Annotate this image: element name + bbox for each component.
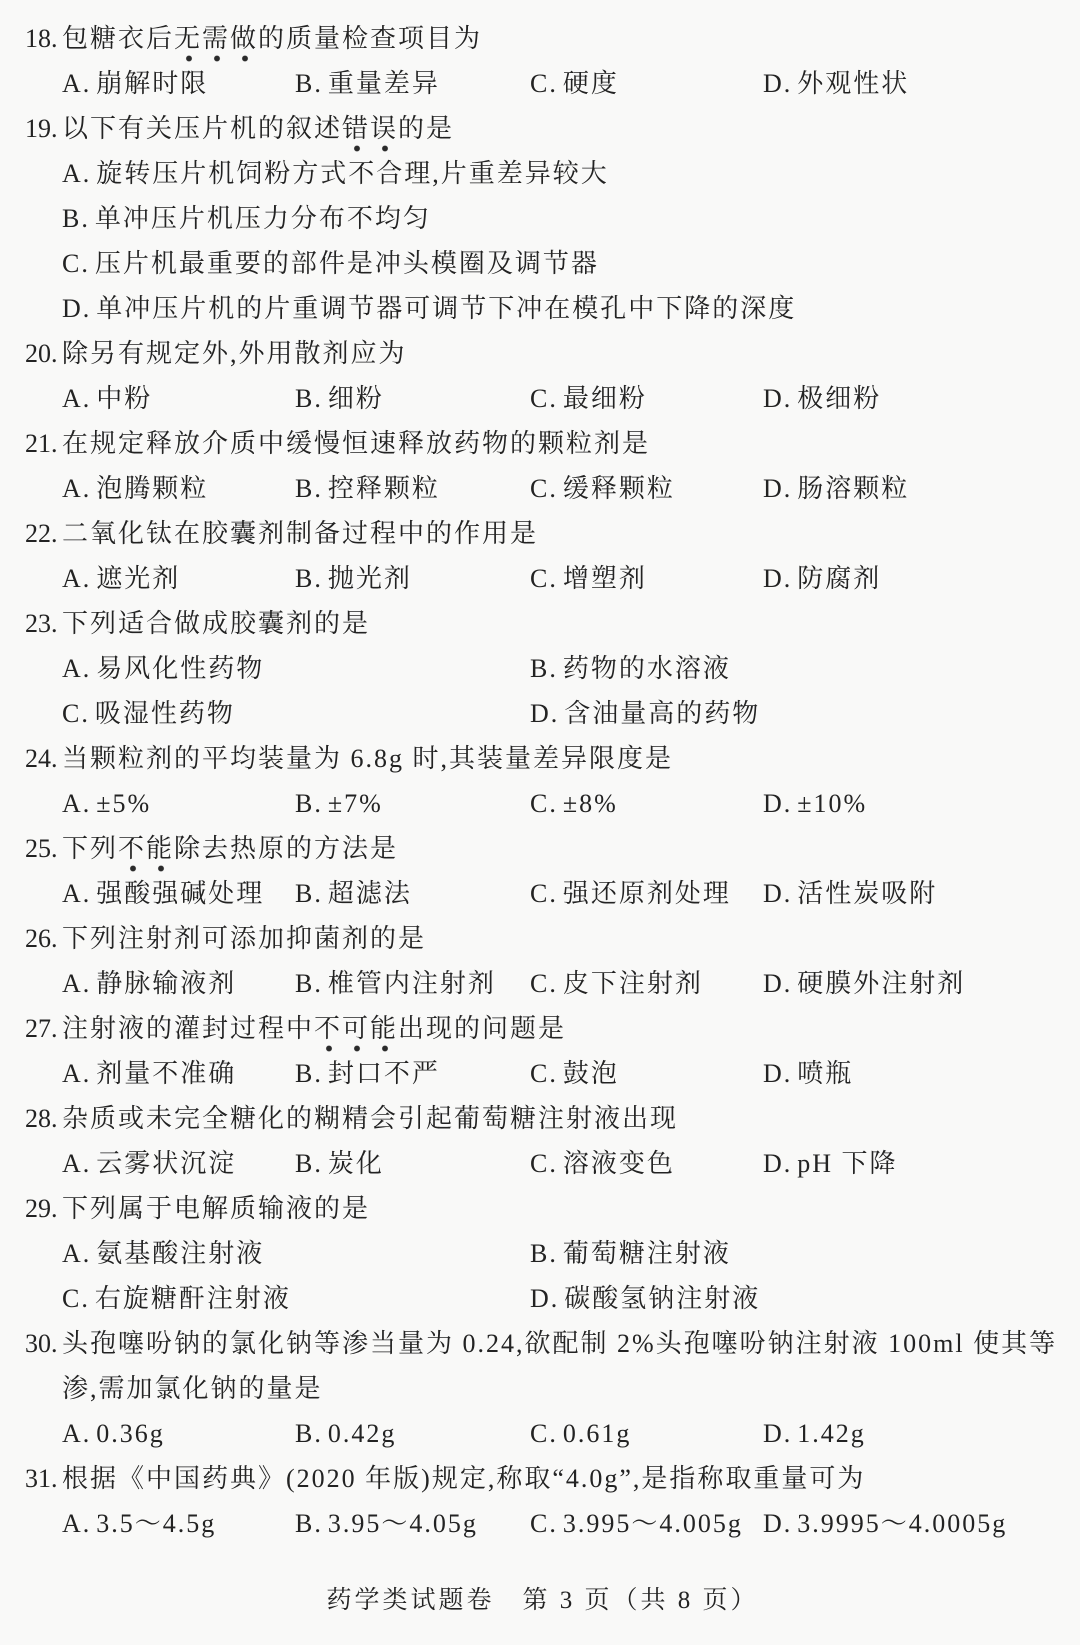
stem-segment: 下列属于电解质输液的是: [62, 1194, 370, 1223]
stem-segment: 在规定释放介质中缓慢恒速释放药物的颗粒剂是: [62, 429, 650, 458]
option-text: 控释颗粒: [328, 474, 440, 503]
option-text: ±7%: [328, 789, 383, 818]
option-B: B.0.42g: [295, 1411, 530, 1456]
option-D: D.肠溶颗粒: [763, 466, 1060, 511]
question-stem: 下列属于电解质输液的是: [62, 1186, 1060, 1231]
option-letter: B.: [295, 474, 323, 503]
option-B: B.椎管内注射剂: [295, 961, 530, 1006]
options: A.易风化性药物B.药物的水溶液C.吸湿性药物D.含油量高的药物: [25, 646, 1060, 736]
option-A: A.中粉: [62, 376, 295, 421]
footer-text: 药学类试题卷 第 3 页（共 8 页）: [326, 1587, 758, 1614]
stem-segment: 出现的问题是: [398, 1014, 566, 1043]
option-letter: A.: [62, 69, 91, 98]
question-number: 25.: [25, 826, 62, 871]
question-list: 18.包糖衣后无需做的质量检查项目为A.崩解时限B.重量差异C.硬度D.外观性状…: [25, 16, 1060, 1578]
stem-segment: 包糖衣后: [62, 24, 174, 53]
question-stem-row: 24.当颗粒剂的平均装量为 6.8g 时,其装量差异限度是: [25, 736, 1060, 781]
question-stem: 下列注射剂可添加抑菌剂的是: [62, 916, 1060, 961]
option-letter: C.: [530, 1509, 558, 1538]
question-stem-row: 29.下列属于电解质输液的是: [25, 1186, 1060, 1231]
option-letter: B.: [295, 564, 323, 593]
option-A: A.静脉输液剂: [62, 961, 295, 1006]
option-letter: A.: [62, 1509, 91, 1538]
option-text: 1.42g: [797, 1419, 866, 1448]
option-text: 3.5～4.5g: [96, 1509, 216, 1538]
option-C: C.0.61g: [530, 1411, 763, 1456]
option-D: D.碳酸氢钠注射液: [530, 1276, 1060, 1321]
option-text: 强还原剂处理: [563, 879, 731, 908]
option-letter: D.: [763, 384, 792, 413]
option-B: B.控释颗粒: [295, 466, 530, 511]
stem-segment: 根据《中国药典》(2020 年版)规定,称取“4.0g”,是指称取重量可为: [62, 1464, 865, 1493]
question-22: 22.二氧化钛在胶囊剂制备过程中的作用是A.遮光剂B.抛光剂C.增塑剂D.防腐剂: [25, 511, 1060, 601]
option-B: B.葡萄糖注射液: [530, 1231, 1060, 1276]
option-D: D.外观性状: [763, 61, 1060, 106]
option-text: 硬膜外注射剂: [797, 969, 965, 998]
option-A: A.旋转压片机饲粉方式不合理,片重差异较大: [62, 151, 1060, 196]
stem-segment: 当颗粒剂的平均装量为 6.8g 时,其装量差异限度是: [62, 744, 673, 773]
option-A: A.遮光剂: [62, 556, 295, 601]
option-letter: B.: [295, 1419, 323, 1448]
stem-segment: 杂质或未完全糖化的糊精会引起葡萄糖注射液出现: [62, 1104, 678, 1133]
option-text: 泡腾颗粒: [96, 474, 208, 503]
question-stem-row: 27.注射液的灌封过程中不可能出现的问题是: [25, 1006, 1060, 1051]
option-D: D.含油量高的药物: [530, 691, 1060, 736]
stem-segment: 下列注射剂可添加抑菌剂的是: [62, 924, 426, 953]
question-number: 22.: [25, 511, 62, 556]
option-C: C.最细粉: [530, 376, 763, 421]
option-D: D.活性炭吸附: [763, 871, 1060, 916]
option-C: C.皮下注射剂: [530, 961, 763, 1006]
option-text: ±10%: [797, 789, 867, 818]
option-letter: B.: [295, 969, 323, 998]
option-letter: D.: [763, 564, 792, 593]
option-letter: C.: [530, 789, 558, 818]
question-stem: 头孢噻吩钠的氯化钠等渗当量为 0.24,欲配制 2%头孢噻吩钠注射液 100ml…: [62, 1321, 1060, 1411]
option-A: A.0.36g: [62, 1411, 295, 1456]
question-stem-row: 25.下列不能除去热原的方法是: [25, 826, 1060, 871]
option-D: D.防腐剂: [763, 556, 1060, 601]
question-stem-row: 28.杂质或未完全糖化的糊精会引起葡萄糖注射液出现: [25, 1096, 1060, 1141]
option-text: 增塑剂: [563, 564, 647, 593]
option-text: 椎管内注射剂: [328, 969, 496, 998]
option-letter: D.: [763, 1149, 792, 1178]
option-text: 封口不严: [328, 1059, 440, 1088]
option-text: 硬度: [563, 69, 619, 98]
question-stem: 以下有关压片机的叙述错误的是: [62, 106, 1060, 151]
question-stem: 除另有规定外,外用散剂应为: [62, 331, 1060, 376]
question-number: 29.: [25, 1186, 62, 1231]
question-number: 30.: [25, 1321, 62, 1411]
option-letter: C.: [530, 474, 558, 503]
option-letter: D.: [763, 789, 792, 818]
option-B: B.重量差异: [295, 61, 530, 106]
stem-segment: 的质量检查项目为: [258, 24, 482, 53]
option-letter: D.: [763, 969, 792, 998]
question-stem: 根据《中国药典》(2020 年版)规定,称取“4.0g”,是指称取重量可为: [62, 1456, 1060, 1501]
stem-segment: 除另有规定外,外用散剂应为: [62, 339, 407, 368]
option-letter: D.: [763, 1509, 792, 1538]
question-stem-row: 30.头孢噻吩钠的氯化钠等渗当量为 0.24,欲配制 2%头孢噻吩钠注射液 10…: [25, 1321, 1060, 1411]
option-text: 鼓泡: [563, 1059, 619, 1088]
option-letter: D.: [763, 1419, 792, 1448]
option-text: 强酸强碱处理: [96, 879, 264, 908]
emphasized-text: 不可能: [314, 1014, 398, 1053]
option-C: C.吸湿性药物: [62, 691, 530, 736]
option-text: 旋转压片机饲粉方式不合理,片重差异较大: [96, 159, 609, 188]
option-letter: C.: [530, 1419, 558, 1448]
question-number: 19.: [25, 106, 62, 151]
option-letter: A.: [62, 654, 91, 683]
question-number: 21.: [25, 421, 62, 466]
question-stem: 在规定释放介质中缓慢恒速释放药物的颗粒剂是: [62, 421, 1060, 466]
option-B: B.炭化: [295, 1141, 530, 1186]
option-letter: D.: [763, 879, 792, 908]
question-23: 23.下列适合做成胶囊剂的是A.易风化性药物B.药物的水溶液C.吸湿性药物D.含…: [25, 601, 1060, 736]
option-text: 3.995～4.005g: [563, 1509, 743, 1538]
question-stem: 注射液的灌封过程中不可能出现的问题是: [62, 1006, 1060, 1051]
question-number: 18.: [25, 16, 62, 61]
options: A.崩解时限B.重量差异C.硬度D.外观性状: [25, 61, 1060, 106]
question-stem-row: 26.下列注射剂可添加抑菌剂的是: [25, 916, 1060, 961]
option-text: 防腐剂: [797, 564, 881, 593]
option-letter: D.: [530, 699, 559, 728]
stem-segment: 除去热原的方法是: [174, 834, 398, 863]
option-A: A.氨基酸注射液: [62, 1231, 530, 1276]
option-text: 葡萄糖注射液: [563, 1239, 731, 1268]
option-letter: C.: [530, 969, 558, 998]
option-text: 溶液变色: [563, 1149, 675, 1178]
question-25: 25.下列不能除去热原的方法是A.强酸强碱处理B.超滤法C.强还原剂处理D.活性…: [25, 826, 1060, 916]
option-B: B.单冲压片机压力分布不均匀: [62, 196, 1060, 241]
option-C: C.鼓泡: [530, 1051, 763, 1096]
question-stem-row: 20.除另有规定外,外用散剂应为: [25, 331, 1060, 376]
option-letter: B.: [295, 1059, 323, 1088]
option-C: C.±8%: [530, 781, 763, 826]
option-letter: D.: [62, 294, 91, 323]
question-number: 27.: [25, 1006, 62, 1051]
option-A: A.易风化性药物: [62, 646, 530, 691]
question-30: 30.头孢噻吩钠的氯化钠等渗当量为 0.24,欲配制 2%头孢噻吩钠注射液 10…: [25, 1321, 1060, 1456]
emphasized-text: 无需做: [174, 24, 258, 63]
question-stem-row: 21.在规定释放介质中缓慢恒速释放药物的颗粒剂是: [25, 421, 1060, 466]
option-text: 碳酸氢钠注射液: [564, 1284, 760, 1313]
question-stem: 当颗粒剂的平均装量为 6.8g 时,其装量差异限度是: [62, 736, 1060, 781]
question-26: 26.下列注射剂可添加抑菌剂的是A.静脉输液剂B.椎管内注射剂C.皮下注射剂D.…: [25, 916, 1060, 1006]
option-text: 3.95～4.05g: [328, 1509, 478, 1538]
option-C: C.右旋糖酐注射液: [62, 1276, 530, 1321]
option-letter: B.: [530, 1239, 558, 1268]
option-text: 右旋糖酐注射液: [95, 1284, 291, 1313]
option-letter: A.: [62, 159, 91, 188]
option-text: 含油量高的药物: [564, 699, 760, 728]
option-C: C.溶液变色: [530, 1141, 763, 1186]
options: A.旋转压片机饲粉方式不合理,片重差异较大B.单冲压片机压力分布不均匀C.压片机…: [25, 151, 1060, 331]
option-letter: A.: [62, 879, 91, 908]
question-stem: 杂质或未完全糖化的糊精会引起葡萄糖注射液出现: [62, 1096, 1060, 1141]
question-stem-row: 31.根据《中国药典》(2020 年版)规定,称取“4.0g”,是指称取重量可为: [25, 1456, 1060, 1501]
question-stem: 下列不能除去热原的方法是: [62, 826, 1060, 871]
exam-paper-page: 18.包糖衣后无需做的质量检查项目为A.崩解时限B.重量差异C.硬度D.外观性状…: [0, 0, 1080, 1645]
option-A: A.崩解时限: [62, 61, 295, 106]
option-B: B.超滤法: [295, 871, 530, 916]
option-letter: D.: [763, 474, 792, 503]
option-text: 3.9995～4.0005g: [797, 1509, 1007, 1538]
option-letter: B.: [62, 204, 90, 233]
option-letter: A.: [62, 969, 91, 998]
question-20: 20.除另有规定外,外用散剂应为A.中粉B.细粉C.最细粉D.极细粉: [25, 331, 1060, 421]
question-stem: 包糖衣后无需做的质量检查项目为: [62, 16, 1060, 61]
options: A.强酸强碱处理B.超滤法C.强还原剂处理D.活性炭吸附: [25, 871, 1060, 916]
option-letter: C.: [530, 384, 558, 413]
option-letter: C.: [530, 1059, 558, 1088]
option-text: 0.36g: [96, 1419, 165, 1448]
question-number: 23.: [25, 601, 62, 646]
option-text: 缓释颗粒: [563, 474, 675, 503]
option-letter: A.: [62, 474, 91, 503]
question-18: 18.包糖衣后无需做的质量检查项目为A.崩解时限B.重量差异C.硬度D.外观性状: [25, 16, 1060, 106]
stem-segment: 的是: [398, 114, 454, 143]
question-number: 20.: [25, 331, 62, 376]
option-letter: D.: [763, 1059, 792, 1088]
question-19: 19.以下有关压片机的叙述错误的是A.旋转压片机饲粉方式不合理,片重差异较大B.…: [25, 106, 1060, 331]
option-C: C.硬度: [530, 61, 763, 106]
stem-segment: 二氧化钛在胶囊剂制备过程中的作用是: [62, 519, 538, 548]
question-stem: 下列适合做成胶囊剂的是: [62, 601, 1060, 646]
option-text: 压片机最重要的部件是冲头模圈及调节器: [95, 249, 599, 278]
option-B: B.封口不严: [295, 1051, 530, 1096]
question-21: 21.在规定释放介质中缓慢恒速释放药物的颗粒剂是A.泡腾颗粒B.控释颗粒C.缓释…: [25, 421, 1060, 511]
option-letter: A.: [62, 384, 91, 413]
option-text: 极细粉: [797, 384, 881, 413]
question-stem-row: 18.包糖衣后无需做的质量检查项目为: [25, 16, 1060, 61]
stem-segment: 头孢噻吩钠的氯化钠等渗当量为 0.24,欲配制 2%头孢噻吩钠注射液 100ml…: [62, 1329, 1057, 1403]
question-stem-row: 23.下列适合做成胶囊剂的是: [25, 601, 1060, 646]
option-text: 抛光剂: [328, 564, 412, 593]
option-letter: B.: [295, 1509, 323, 1538]
option-C: C.缓释颗粒: [530, 466, 763, 511]
option-letter: A.: [62, 1239, 91, 1268]
option-B: B.细粉: [295, 376, 530, 421]
option-text: ±8%: [563, 789, 618, 818]
option-letter: A.: [62, 1149, 91, 1178]
emphasized-text: 错误: [342, 114, 398, 153]
option-text: pH 下降: [797, 1149, 897, 1178]
stem-segment: 下列适合做成胶囊剂的是: [62, 609, 370, 638]
option-text: 药物的水溶液: [563, 654, 731, 683]
option-text: 超滤法: [328, 879, 412, 908]
question-number: 26.: [25, 916, 62, 961]
option-text: 吸湿性药物: [95, 699, 235, 728]
question-number: 24.: [25, 736, 62, 781]
option-D: D.±10%: [763, 781, 1060, 826]
option-text: 炭化: [328, 1149, 384, 1178]
options: A.3.5～4.5gB.3.95～4.05gC.3.995～4.005gD.3.…: [25, 1501, 1060, 1546]
option-letter: A.: [62, 1419, 91, 1448]
question-number: 28.: [25, 1096, 62, 1141]
options: A.0.36gB.0.42gC.0.61gD.1.42g: [25, 1411, 1060, 1456]
option-text: 中粉: [96, 384, 152, 413]
option-letter: A.: [62, 1059, 91, 1088]
option-text: 静脉输液剂: [96, 969, 236, 998]
option-letter: D.: [530, 1284, 559, 1313]
option-text: 活性炭吸附: [797, 879, 937, 908]
option-B: B.药物的水溶液: [530, 646, 1060, 691]
option-text: 单冲压片机压力分布不均匀: [95, 204, 431, 233]
option-D: D.单冲压片机的片重调节器可调节下冲在模孔中下降的深度: [62, 286, 1060, 331]
question-number: 31.: [25, 1456, 62, 1501]
stem-segment: 下列: [62, 834, 118, 863]
option-text: 剂量不准确: [96, 1059, 236, 1088]
option-C: C.增塑剂: [530, 556, 763, 601]
page-footer: 药学类试题卷 第 3 页（共 8 页）: [25, 1578, 1060, 1631]
option-text: 喷瓶: [797, 1059, 853, 1088]
option-letter: B.: [295, 1149, 323, 1178]
emphasized-text: 不能: [118, 834, 174, 873]
question-29: 29.下列属于电解质输液的是A.氨基酸注射液B.葡萄糖注射液C.右旋糖酐注射液D…: [25, 1186, 1060, 1321]
option-A: A.±5%: [62, 781, 295, 826]
options: A.静脉输液剂B.椎管内注射剂C.皮下注射剂D.硬膜外注射剂: [25, 961, 1060, 1006]
options: A.云雾状沉淀B.炭化C.溶液变色D.pH 下降: [25, 1141, 1060, 1186]
question-stem-row: 19.以下有关压片机的叙述错误的是: [25, 106, 1060, 151]
option-text: 细粉: [328, 384, 384, 413]
option-B: B.抛光剂: [295, 556, 530, 601]
option-text: 皮下注射剂: [563, 969, 703, 998]
stem-segment: 以下有关压片机的叙述: [62, 114, 342, 143]
option-C: C.强还原剂处理: [530, 871, 763, 916]
option-text: 肠溶颗粒: [797, 474, 909, 503]
options: A.泡腾颗粒B.控释颗粒C.缓释颗粒D.肠溶颗粒: [25, 466, 1060, 511]
options: A.中粉B.细粉C.最细粉D.极细粉: [25, 376, 1060, 421]
option-text: 0.42g: [328, 1419, 397, 1448]
question-31: 31.根据《中国药典》(2020 年版)规定,称取“4.0g”,是指称取重量可为…: [25, 1456, 1060, 1546]
option-letter: C.: [530, 564, 558, 593]
options: A.剂量不准确B.封口不严C.鼓泡D.喷瓶: [25, 1051, 1060, 1096]
stem-segment: 注射液的灌封过程中: [62, 1014, 314, 1043]
option-D: D.极细粉: [763, 376, 1060, 421]
option-text: ±5%: [96, 789, 151, 818]
option-letter: C.: [62, 1284, 90, 1313]
question-27: 27.注射液的灌封过程中不可能出现的问题是A.剂量不准确B.封口不严C.鼓泡D.…: [25, 1006, 1060, 1096]
option-text: 0.61g: [563, 1419, 632, 1448]
option-letter: A.: [62, 564, 91, 593]
option-A: A.强酸强碱处理: [62, 871, 295, 916]
option-letter: C.: [62, 249, 90, 278]
option-letter: C.: [530, 1149, 558, 1178]
option-D: D.1.42g: [763, 1411, 1060, 1456]
option-letter: D.: [763, 69, 792, 98]
option-text: 最细粉: [563, 384, 647, 413]
question-24: 24.当颗粒剂的平均装量为 6.8g 时,其装量差异限度是A.±5%B.±7%C…: [25, 736, 1060, 826]
option-letter: A.: [62, 789, 91, 818]
option-D: D.pH 下降: [763, 1141, 1060, 1186]
options: A.氨基酸注射液B.葡萄糖注射液C.右旋糖酐注射液D.碳酸氢钠注射液: [25, 1231, 1060, 1321]
question-28: 28.杂质或未完全糖化的糊精会引起葡萄糖注射液出现A.云雾状沉淀B.炭化C.溶液…: [25, 1096, 1060, 1186]
option-text: 云雾状沉淀: [96, 1149, 236, 1178]
options: A.遮光剂B.抛光剂C.增塑剂D.防腐剂: [25, 556, 1060, 601]
question-stem-row: 22.二氧化钛在胶囊剂制备过程中的作用是: [25, 511, 1060, 556]
option-A: A.云雾状沉淀: [62, 1141, 295, 1186]
option-letter: B.: [295, 789, 323, 818]
option-D: D.3.9995～4.0005g: [763, 1501, 1060, 1546]
option-B: B.±7%: [295, 781, 530, 826]
option-text: 遮光剂: [96, 564, 180, 593]
option-A: A.剂量不准确: [62, 1051, 295, 1096]
option-C: C.压片机最重要的部件是冲头模圈及调节器: [62, 241, 1060, 286]
option-text: 外观性状: [797, 69, 909, 98]
option-letter: B.: [295, 69, 323, 98]
option-C: C.3.995～4.005g: [530, 1501, 763, 1546]
option-A: A.3.5～4.5g: [62, 1501, 295, 1546]
options: A.±5%B.±7%C.±8%D.±10%: [25, 781, 1060, 826]
option-text: 重量差异: [328, 69, 440, 98]
option-A: A.泡腾颗粒: [62, 466, 295, 511]
option-letter: B.: [530, 654, 558, 683]
option-letter: B.: [295, 879, 323, 908]
option-text: 单冲压片机的片重调节器可调节下冲在模孔中下降的深度: [96, 294, 796, 323]
option-D: D.喷瓶: [763, 1051, 1060, 1096]
option-text: 崩解时限: [96, 69, 208, 98]
option-B: B.3.95～4.05g: [295, 1501, 530, 1546]
option-D: D.硬膜外注射剂: [763, 961, 1060, 1006]
option-letter: C.: [530, 879, 558, 908]
option-letter: C.: [62, 699, 90, 728]
option-text: 氨基酸注射液: [96, 1239, 264, 1268]
question-stem: 二氧化钛在胶囊剂制备过程中的作用是: [62, 511, 1060, 556]
option-letter: B.: [295, 384, 323, 413]
option-letter: C.: [530, 69, 558, 98]
option-text: 易风化性药物: [96, 654, 264, 683]
